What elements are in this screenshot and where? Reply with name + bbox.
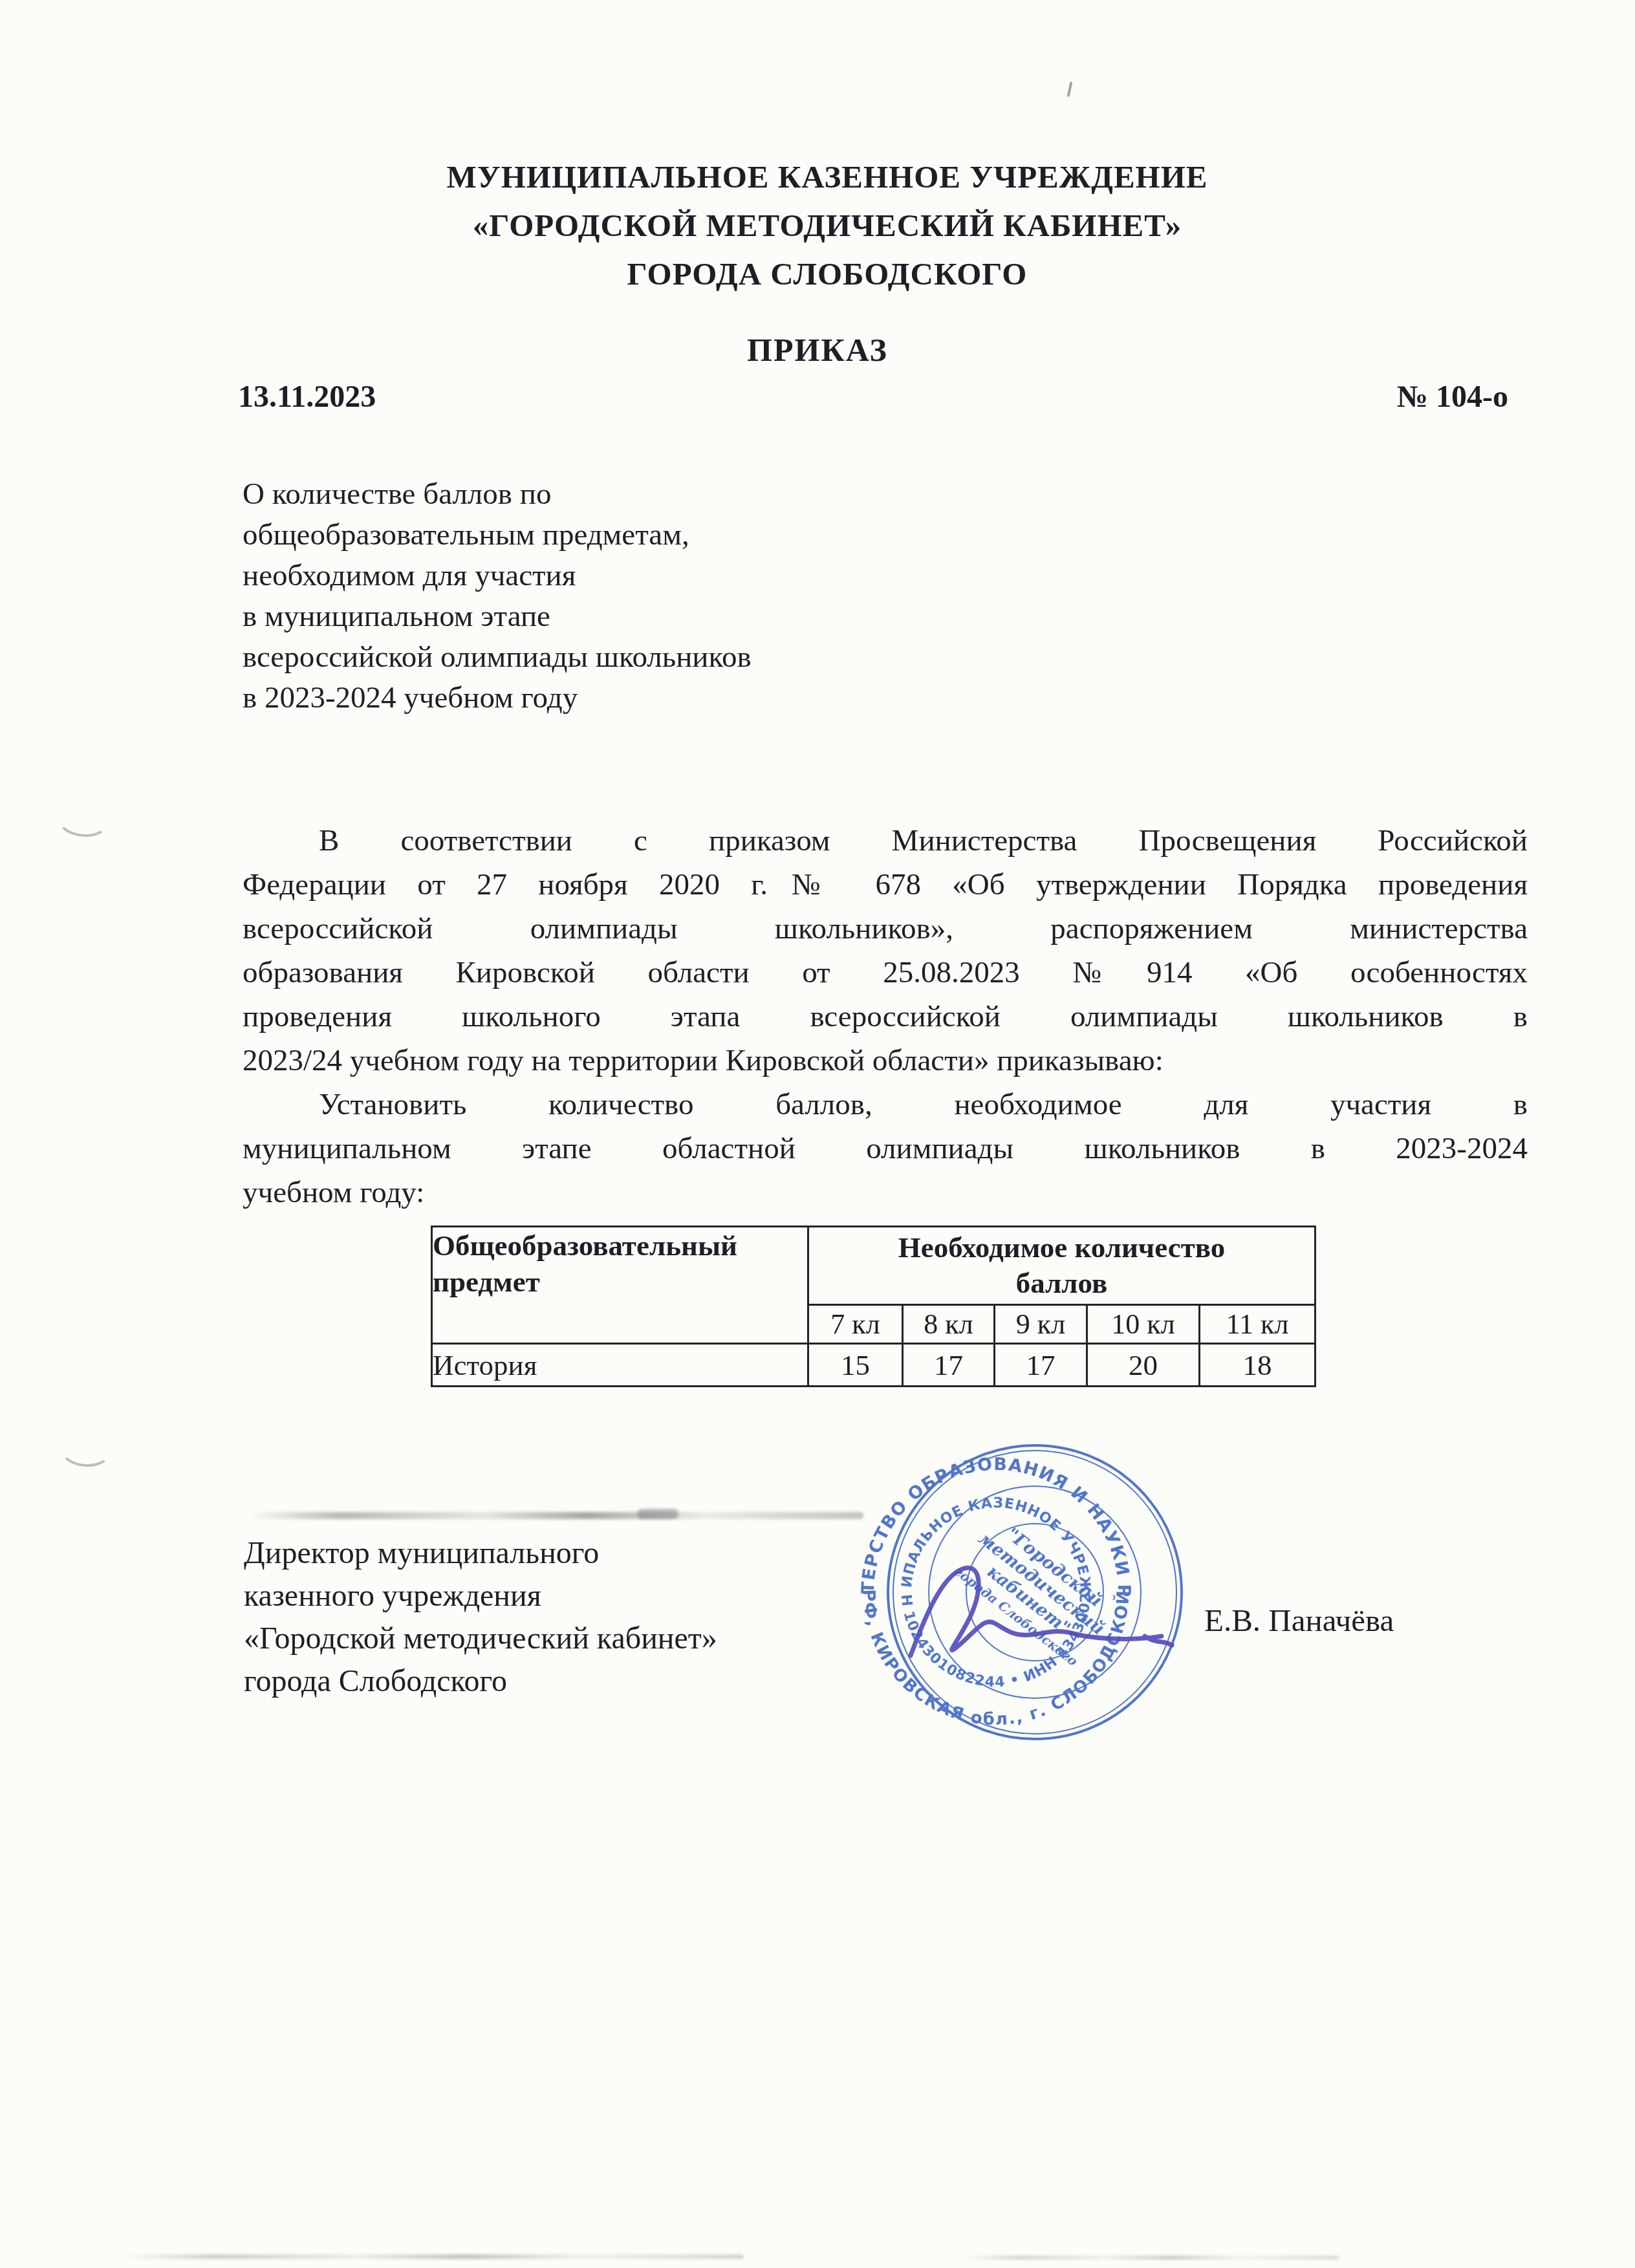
- body-line: всероссийской олимпиады школьников», рас…: [243, 907, 1528, 951]
- body-line: Федерации от 27 ноября 2020 г.№ 678 «Об …: [243, 863, 1528, 907]
- subject-column-header: Общеобразовательный предмет: [432, 1227, 808, 1344]
- org-header: МУНИЦИПАЛЬНОЕ КАЗЕННОЕ УЧРЕЖДЕНИЕ «ГОРОД…: [26, 153, 1629, 298]
- class-header: 11 кл: [1200, 1305, 1316, 1344]
- scan-artifact-smudge: [123, 2254, 744, 2259]
- scan-artifact-blob: [637, 1509, 678, 1519]
- official-stamp: МИНИСТЕРСТВО ОБРАЗОВАНИЯ И НАУКИ РОССИИ …: [841, 1423, 1203, 1759]
- body-line: Установить количество баллов, необходимо…: [243, 1083, 1528, 1127]
- document-date: 13.11.2023: [238, 378, 376, 416]
- scan-artifact-arc: [55, 798, 111, 839]
- body-line: 2023/24 учебном году на территории Киров…: [243, 1039, 1528, 1083]
- class-header: 7 кл: [808, 1305, 903, 1344]
- points-group-header: Необходимое количество баллов: [808, 1227, 1316, 1305]
- points-cell: 20: [1087, 1344, 1200, 1387]
- subject-column-header-text: Общеобразовательный предмет: [433, 1227, 807, 1300]
- signer-title-line: «Городской методический кабинет»: [244, 1617, 717, 1660]
- table-header-row: Общеобразовательный предмет Необходимое …: [432, 1227, 1316, 1305]
- subject-line: в 2023-2024 учебном году: [243, 678, 1083, 718]
- body-text: В соответствии с приказом Министерства П…: [243, 819, 1528, 1215]
- subject-cell: История: [432, 1344, 808, 1387]
- class-header: 9 кл: [995, 1305, 1087, 1344]
- points-cell: 17: [903, 1344, 995, 1387]
- org-name-line: ГОРОДА СЛОБОДСКОГО: [26, 250, 1629, 298]
- subject-line: общеобразовательным предметам,: [243, 515, 1083, 556]
- subject-line: в муниципальном этапе: [243, 596, 1083, 637]
- scan-artifact-smudge: [964, 2256, 1339, 2260]
- scan-artifact-arc: [58, 1429, 114, 1469]
- body-line: учебном году:: [243, 1171, 1528, 1215]
- scanned-order-document: МУНИЦИПАЛЬНОЕ КАЗЕННОЕ УЧРЕЖДЕНИЕ «ГОРОД…: [0, 0, 1635, 2268]
- points-cell: 15: [808, 1344, 903, 1387]
- subject-line: необходимом для участия: [243, 556, 1083, 596]
- subject-line: О количестве баллов по: [243, 474, 1083, 515]
- signer-title-line: казенного учреждения: [244, 1575, 717, 1617]
- date-number-row: 13.11.2023 № 104-о: [238, 378, 1508, 416]
- scan-artifact-tick: [1067, 81, 1073, 97]
- subject-block: О количестве баллов по общеобразовательн…: [243, 474, 1083, 718]
- body-line: образования Кировской области от 25.08.2…: [243, 951, 1528, 995]
- signer-title-line: Директор муниципального: [244, 1532, 717, 1575]
- subject-line: всероссийской олимпиады школьников: [243, 637, 1083, 678]
- org-name-line: «ГОРОДСКОЙ МЕТОДИЧЕСКИЙ КАБИНЕТ»: [26, 201, 1629, 250]
- org-name-line: МУНИЦИПАЛЬНОЕ КАЗЕННОЕ УЧРЕЖДЕНИЕ: [26, 153, 1629, 201]
- signer-title-block: Директор муниципального казенного учрежд…: [244, 1532, 717, 1703]
- points-cell: 17: [995, 1344, 1087, 1387]
- scan-artifact-smudge: [249, 1512, 863, 1519]
- table-row: История 15 17 17 20 18: [432, 1344, 1316, 1387]
- document-number: № 104-о: [1397, 378, 1508, 416]
- score-table: Общеобразовательный предмет Необходимое …: [431, 1226, 1316, 1387]
- body-line: муниципальном этапе областной олимпиады …: [243, 1127, 1528, 1171]
- body-line: проведения школьного этапа всероссийской…: [243, 995, 1528, 1039]
- points-cell: 18: [1200, 1344, 1316, 1387]
- points-group-header-text: Необходимое количество баллов: [855, 1230, 1269, 1301]
- class-header: 10 кл: [1087, 1305, 1200, 1344]
- document-type-title: ПРИКАЗ: [0, 331, 1635, 369]
- body-line: В соответствии с приказом Министерства П…: [243, 819, 1528, 863]
- class-header: 8 кл: [903, 1305, 995, 1344]
- signer-title-line: города Слободского: [244, 1660, 717, 1703]
- signer-name: Е.В. Паначёва: [1204, 1602, 1394, 1639]
